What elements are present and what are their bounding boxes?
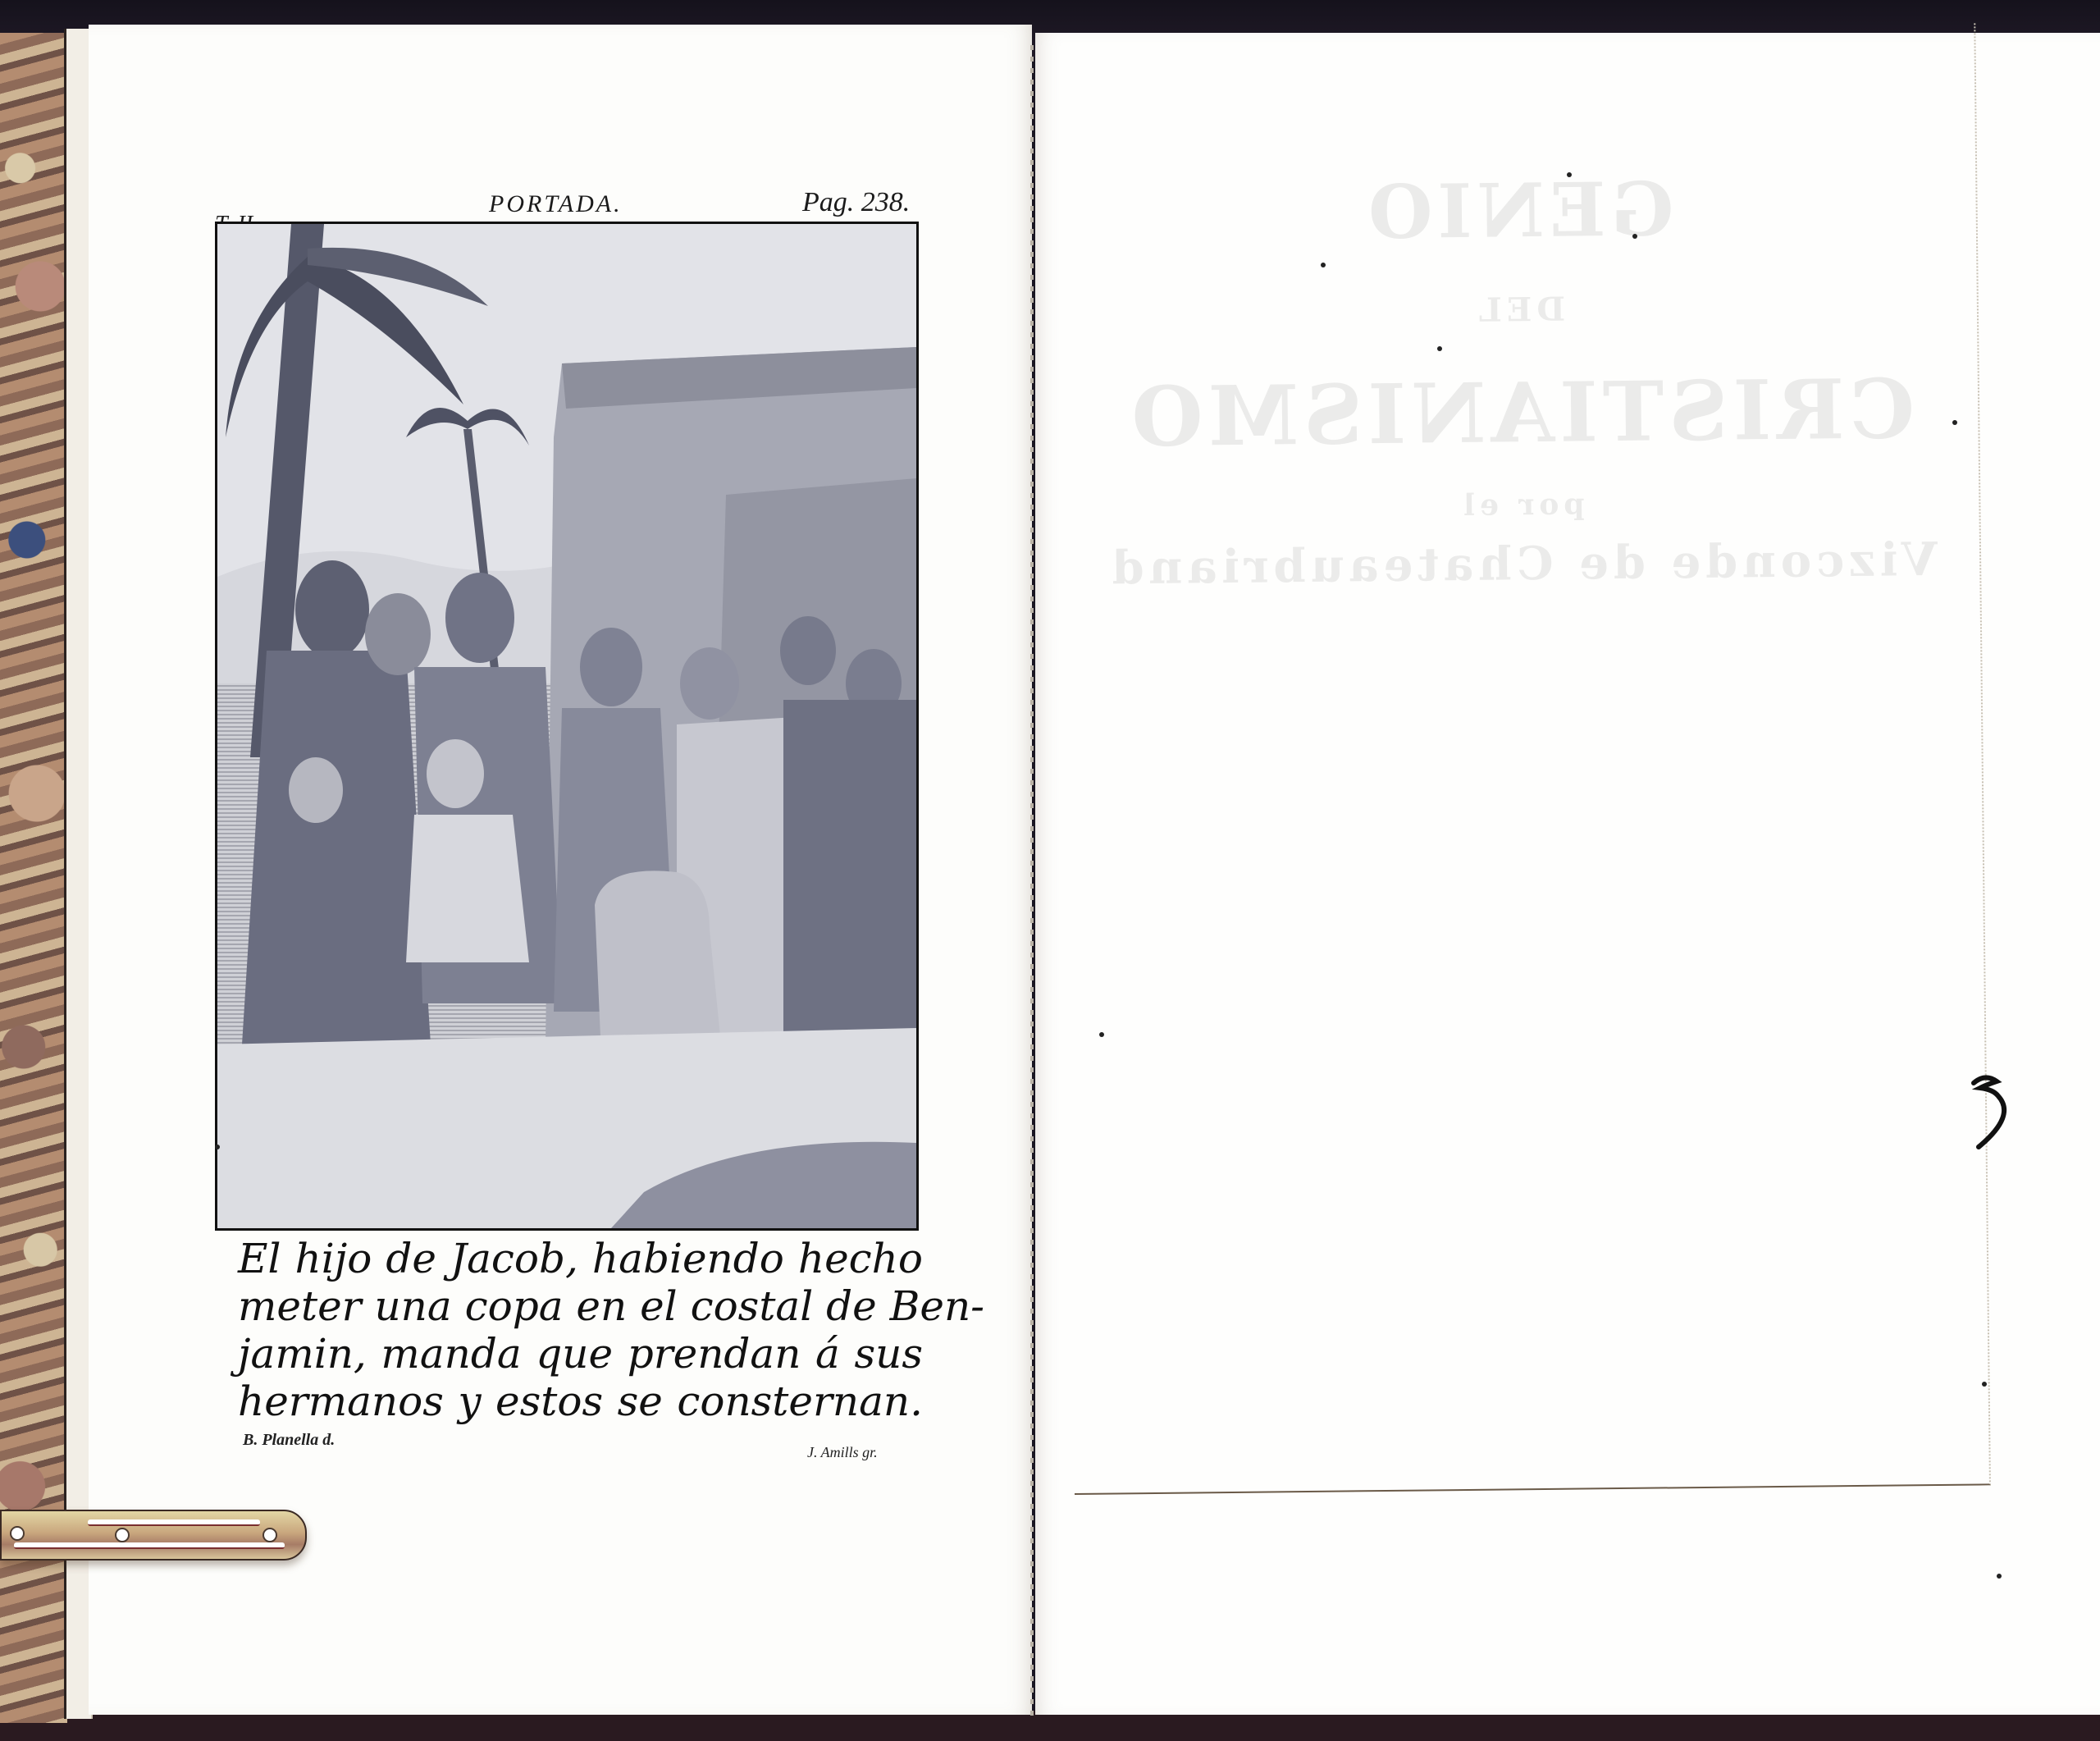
caption-line-1: El hijo de Jacob, habiendo hecho xyxy=(238,1235,923,1282)
foxing-speck xyxy=(1437,346,1442,351)
foxing-speck xyxy=(1632,234,1637,239)
foxing-speck xyxy=(1952,420,1957,425)
caption-line-4: hermanos y estos se consternan. xyxy=(238,1378,923,1425)
background-bottom xyxy=(0,1711,2100,1741)
foxing-speck xyxy=(215,1145,220,1149)
bleed-through-line-1: GENIO xyxy=(1061,162,1976,259)
credit-draftsman: B. Planella d. xyxy=(243,1431,335,1450)
engraving-scene-icon xyxy=(217,224,916,1228)
engraving-illustration xyxy=(215,222,919,1231)
foxing-speck xyxy=(1099,1032,1104,1037)
bleed-through-line-3: CRISTIANISMO xyxy=(1063,359,1979,466)
plate-page-ref: Pag. 238. xyxy=(802,187,910,218)
foxing-speck xyxy=(1997,1574,2002,1579)
book-gutter xyxy=(1030,45,1034,1719)
credit-engraver: J. Amills gr. xyxy=(807,1444,878,1461)
bleed-through-line-4: por el xyxy=(1064,482,1979,527)
bleed-through-line-5: Vizconde de Chateaubriand xyxy=(1065,532,1980,596)
title-page-sheet: GENIO DEL CRISTIANISMO por el Vizconde d… xyxy=(1059,23,1991,1495)
foxing-speck xyxy=(1321,263,1326,267)
caption-line-3: jamin, manda que prendan á sus xyxy=(238,1330,923,1378)
plate-title: PORTADA. xyxy=(489,190,623,218)
bleed-through-line-2: DEL xyxy=(1062,286,1977,334)
ink-mark-icon xyxy=(1969,1067,2018,1157)
caption-line-2: meter una copa en el costal de Ben- xyxy=(238,1282,923,1330)
marbled-cover-icon xyxy=(0,33,67,1723)
foxing-speck xyxy=(1567,172,1572,177)
foxing-speck xyxy=(1982,1382,1987,1387)
brass-clasp-icon xyxy=(0,1510,307,1561)
plate-caption: El hijo de Jacob, habiendo hecho meter u… xyxy=(238,1235,923,1425)
